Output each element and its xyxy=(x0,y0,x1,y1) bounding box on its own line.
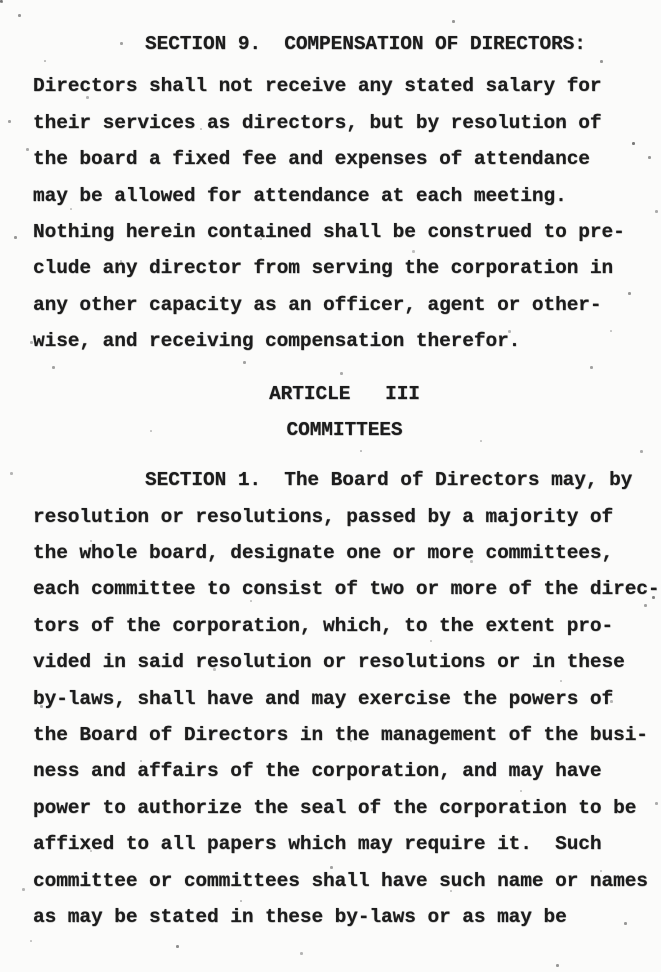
article-3-title: ARTICLE III xyxy=(14,376,661,412)
text-line: the board a fixed fee and expenses of at… xyxy=(0,141,661,177)
text-line: clude any director from serving the corp… xyxy=(0,250,661,286)
text-line: any other capacity as an officer, agent … xyxy=(0,287,661,323)
text-line: as may be stated in these by-laws or as … xyxy=(0,899,661,935)
scan-noise-speckles-fine xyxy=(0,0,2,2)
text-line: each committee to consist of two or more… xyxy=(0,571,661,607)
text-line: the Board of Directors in the management… xyxy=(0,717,661,753)
article-3-subtitle: COMMITTEES xyxy=(14,412,661,448)
text-line: ness and affairs of the corporation, and… xyxy=(0,753,661,789)
scan-noise-speckles xyxy=(0,0,3,3)
text-line: Directors shall not receive any stated s… xyxy=(0,68,661,104)
text-line: by-laws, shall have and may exercise the… xyxy=(0,681,661,717)
text-line: wise, and receiving compensation therefo… xyxy=(0,323,661,359)
text-line: committee or committees shall have such … xyxy=(0,863,661,899)
text-line: the whole board, designate one or more c… xyxy=(0,535,661,571)
article-3-heading-block: ARTICLE III COMMITTEES xyxy=(0,376,661,449)
section-9-heading: SECTION 9. COMPENSATION OF DIRECTORS: xyxy=(0,26,661,62)
text-line: affixed to all papers which may require … xyxy=(0,826,661,862)
text-line: SECTION 1. The Board of Directors may, b… xyxy=(0,462,661,498)
section-9-paragraph: Directors shall not receive any stated s… xyxy=(0,68,661,359)
text-line: Nothing herein contained shall be constr… xyxy=(0,214,661,250)
text-line: vided in said resolution or resolutions … xyxy=(0,644,661,680)
section-1-paragraph: SECTION 1. The Board of Directors may, b… xyxy=(0,462,661,935)
text-line: their services as directors, but by reso… xyxy=(0,105,661,141)
text-line: tors of the corporation, which, to the e… xyxy=(0,608,661,644)
text-line: may be allowed for attendance at each me… xyxy=(0,178,661,214)
text-line: power to authorize the seal of the corpo… xyxy=(0,790,661,826)
scanned-bylaws-page: SECTION 9. COMPENSATION OF DIRECTORS: Di… xyxy=(0,0,661,972)
text-line: resolution or resolutions, passed by a m… xyxy=(0,499,661,535)
